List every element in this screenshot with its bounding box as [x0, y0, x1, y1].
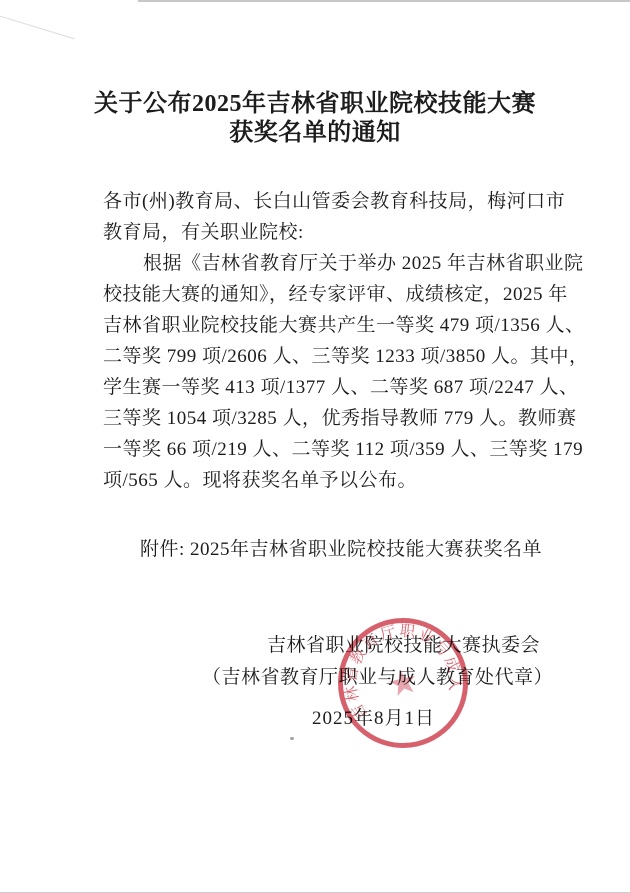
body-line: 二等奖 799 项/2606 人、三等奖 1233 项/3850 人。其中，	[103, 341, 529, 372]
seal-ring-text: 吉林省教育厅职业与成人教育处	[337, 617, 469, 728]
official-red-seal: 吉林省教育厅职业与成人教育处	[337, 617, 469, 749]
body-line: 吉林省职业院校技能大赛共产生一等奖 479 项/1356 人、	[103, 310, 529, 341]
body-line: 项/565 人。现将获奖名单予以公布。	[103, 465, 529, 496]
attachment-line: 附件: 2025年吉林省职业院校技能大赛获奖名单	[140, 539, 542, 561]
body-line: 一等奖 66 项/219 人、二等奖 112 项/359 人、三等奖 179	[103, 434, 529, 465]
notice-body: 各市(州)教育局、长白山管委会教育科技局，梅河口市 教育局，有关职业院校: 根据…	[103, 186, 529, 496]
body-line: 校技能大赛的通知》，经专家评审、成绩核定，2025 年	[103, 279, 529, 310]
body-line: 教育局，有关职业院校:	[103, 217, 529, 248]
scan-edge-artifact-top	[138, 0, 630, 2]
scanned-notice-page: 关于公布2025年吉林省职业院校技能大赛 获奖名单的通知 各市(州)教育局、长白…	[0, 0, 630, 893]
notice-title: 关于公布2025年吉林省职业院校技能大赛 获奖名单的通知	[0, 90, 630, 148]
body-line: 三等奖 1054 项/3285 人，优秀指导教师 779 人。教师赛	[103, 403, 529, 434]
scan-line-artifact	[0, 14, 74, 40]
ink-speck	[290, 737, 294, 740]
seal-star-icon	[387, 666, 419, 697]
body-line: 各市(州)教育局、长白山管委会教育科技局，梅河口市	[103, 186, 529, 217]
body-line: 学生赛一等奖 413 项/1377 人、二等奖 687 项/2247 人、	[103, 372, 529, 403]
notice-title-line1: 关于公布2025年吉林省职业院校技能大赛	[0, 90, 630, 119]
svg-text:吉林省教育厅职业与成人教育处: 吉林省教育厅职业与成人教育处	[337, 617, 469, 728]
body-line: 根据《吉林省教育厅关于举办 2025 年吉林省职业院	[103, 248, 529, 279]
notice-title-line2: 获奖名单的通知	[0, 119, 630, 148]
